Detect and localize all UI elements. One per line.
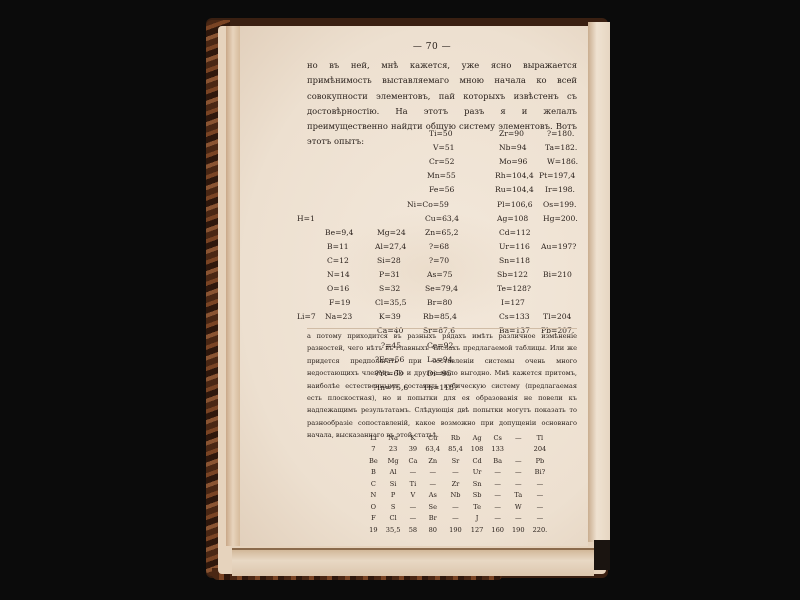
table-cell: Ur [467, 467, 488, 479]
table-row: 7233963,485,4108133204 [365, 444, 551, 456]
periodic-table-alternative: LiNaKCuRbAgCs—Tl7233963,485,4108133204Be… [365, 432, 551, 536]
table-cell: 80 [421, 524, 444, 536]
element-entry: Nb=94 [499, 141, 527, 155]
element-entry: Ni=Co=59 [407, 198, 449, 212]
element-entry: Au=197? [541, 240, 576, 254]
table-cell: Be [365, 455, 382, 467]
table-cell: — [487, 490, 508, 502]
table-cell: — [421, 467, 444, 479]
table-row: 1935,55880190127160190220. [365, 524, 551, 536]
table-row: NPVAsNbSb—Ta— [365, 490, 551, 502]
element-entry: Sb=122 [497, 268, 528, 282]
table-cell: 58 [404, 524, 421, 536]
table-cell: O [365, 501, 382, 513]
table-cell: — [404, 501, 421, 513]
table-cell: P [382, 490, 405, 502]
element-entry: Sn=118 [499, 254, 530, 268]
table-cell: 19 [365, 524, 382, 536]
right-shadow [594, 540, 610, 570]
table-cell: — [444, 467, 467, 479]
right-page-edge [588, 22, 610, 542]
table-cell: Br [421, 513, 444, 525]
element-entry: Te=128? [497, 282, 531, 296]
table-row: CSiTi—ZrSn——— [365, 478, 551, 490]
table-cell: Ba [487, 455, 508, 467]
element-entry: Br=80 [427, 296, 452, 310]
table-cell: 108 [467, 444, 488, 456]
element-entry: ?=70 [429, 254, 449, 268]
element-entry: ?=68 [429, 240, 449, 254]
element-entry: Al=27,4 [375, 240, 406, 254]
element-entry: Cu=63,4 [425, 212, 459, 226]
table-cell: Ti [404, 478, 421, 490]
element-entry: K=39 [379, 310, 401, 324]
element-entry: Ta=182. [545, 141, 577, 155]
element-entry: As=75 [427, 268, 452, 282]
table-cell: Sn [467, 478, 488, 490]
table-cell: Al [382, 467, 405, 479]
element-entry: Tl=204 [543, 310, 571, 324]
element-entry: Ru=104,4 [495, 183, 534, 197]
element-entry: Zn=65,2 [425, 226, 458, 240]
table-cell: 220. [529, 524, 552, 536]
table-cell: 85,4 [444, 444, 467, 456]
table-cell: Nb [444, 490, 467, 502]
element-entry: Rb=85,4 [423, 310, 457, 324]
table-cell: Tl [529, 432, 552, 444]
table-row: FCl—Br—J——— [365, 513, 551, 525]
table-cell: — [529, 513, 552, 525]
table-cell: Rb [444, 432, 467, 444]
table-cell: F [365, 513, 382, 525]
element-entry: Na=23 [325, 310, 352, 324]
table-cell: J [467, 513, 488, 525]
table-cell: 7 [365, 444, 382, 456]
table-cell: C [365, 478, 382, 490]
element-entry: Hg=200. [543, 212, 578, 226]
element-entry: P=31 [379, 268, 400, 282]
table-cell: — [421, 478, 444, 490]
page-number: — 70 — [277, 42, 587, 52]
table-cell: — [404, 467, 421, 479]
table-cell: Sr [444, 455, 467, 467]
table-row: BeMgCaZnSrCdBa—Pb [365, 455, 551, 467]
element-entry: W=186. [547, 155, 578, 169]
element-entry: S=32 [379, 282, 400, 296]
element-entry: Ti=50 [429, 127, 453, 141]
element-entry: Be=9,4 [325, 226, 354, 240]
page-gutter-strip [226, 26, 240, 546]
table-cell: Te [467, 501, 488, 513]
table-cell: Si [382, 478, 405, 490]
table-cell: — [444, 501, 467, 513]
table-cell: Zr [444, 478, 467, 490]
element-entry: V=51 [433, 141, 455, 155]
table-cell: — [508, 455, 529, 467]
table-cell: — [444, 513, 467, 525]
table-cell: S [382, 501, 405, 513]
table-row: OS—Se—Te—W— [365, 501, 551, 513]
table-cell: 23 [382, 444, 405, 456]
table-cell: Li [365, 432, 382, 444]
table-cell: — [529, 501, 552, 513]
table-cell: — [487, 513, 508, 525]
table-cell: — [508, 432, 529, 444]
table-cell: B [365, 467, 382, 479]
table-cell: — [487, 501, 508, 513]
element-entry: Bi=210 [543, 268, 572, 282]
element-entry: Rh=104,4 [495, 169, 534, 183]
table-cell: Mg [382, 455, 405, 467]
table-cell: Bi? [529, 467, 552, 479]
table-cell: — [529, 490, 552, 502]
bottom-page-edge [232, 548, 594, 576]
table-cell: Ca [404, 455, 421, 467]
element-entry: C=12 [327, 254, 349, 268]
table-cell: 39 [404, 444, 421, 456]
table-cell: — [529, 478, 552, 490]
table-cell: Cs [487, 432, 508, 444]
table-cell: W [508, 501, 529, 513]
table-row: LiNaKCuRbAgCs—Tl [365, 432, 551, 444]
table-cell: — [508, 478, 529, 490]
table-cell [508, 444, 529, 456]
element-entry: Mg=24 [377, 226, 406, 240]
element-entry: Li=7 [297, 310, 316, 324]
explanation-paragraph: а потому приходится въ разныхъ рядахъ им… [307, 330, 577, 442]
table-cell: Ta [508, 490, 529, 502]
element-entry: Ag=108 [497, 212, 528, 226]
element-entry: O=16 [327, 282, 349, 296]
table-cell: Ag [467, 432, 488, 444]
element-entry: Fe=56 [429, 183, 454, 197]
element-entry: Pt=197,4 [539, 169, 575, 183]
element-entry: Os=199. [543, 198, 576, 212]
element-entry: B=11 [327, 240, 349, 254]
table-cell: — [508, 467, 529, 479]
table-cell: K [404, 432, 421, 444]
divider-rule [307, 328, 577, 329]
table-cell: 160 [487, 524, 508, 536]
table-cell: — [487, 467, 508, 479]
table-cell: — [487, 478, 508, 490]
element-entry: Ir=198. [545, 183, 575, 197]
table-cell: Zn [421, 455, 444, 467]
element-entry: ?=180. [547, 127, 574, 141]
element-entry: Cd=112 [499, 226, 531, 240]
element-entry: F=19 [329, 296, 350, 310]
element-entry: Cs=133 [499, 310, 530, 324]
element-entry: H=1 [297, 212, 315, 226]
element-entry: Ur=116 [499, 240, 530, 254]
element-entry: Cr=52 [429, 155, 454, 169]
table-cell: 190 [508, 524, 529, 536]
table-cell: Se [421, 501, 444, 513]
table-cell: V [404, 490, 421, 502]
table-cell: Cd [467, 455, 488, 467]
element-entry: Se=79,4 [425, 282, 458, 296]
table-cell: N [365, 490, 382, 502]
table-cell: As [421, 490, 444, 502]
element-entry: Pl=106,6 [497, 198, 533, 212]
table-cell: Na [382, 432, 405, 444]
element-entry: Si=28 [377, 254, 401, 268]
element-entry: N=14 [327, 268, 350, 282]
table-cell: Pb [529, 455, 552, 467]
table-cell: Sb [467, 490, 488, 502]
table-cell: 63,4 [421, 444, 444, 456]
table-row: BAl———Ur——Bi? [365, 467, 551, 479]
element-entry: Cl=35,5 [375, 296, 407, 310]
table-cell: 204 [529, 444, 552, 456]
table-cell: 127 [467, 524, 488, 536]
page-content: — 70 — но въ ней, мнѣ кажется, уже ясно … [257, 42, 587, 52]
table-cell: Cl [382, 513, 405, 525]
table-cell: 35,5 [382, 524, 405, 536]
table-cell: Cu [421, 432, 444, 444]
element-entry: Mn=55 [427, 169, 456, 183]
table-cell: — [508, 513, 529, 525]
table-cell: 190 [444, 524, 467, 536]
table-cell: — [404, 513, 421, 525]
element-entry: I=127 [501, 296, 525, 310]
element-entry: Zr=90 [499, 127, 524, 141]
element-entry: Mo=96 [499, 155, 527, 169]
table-cell: 133 [487, 444, 508, 456]
